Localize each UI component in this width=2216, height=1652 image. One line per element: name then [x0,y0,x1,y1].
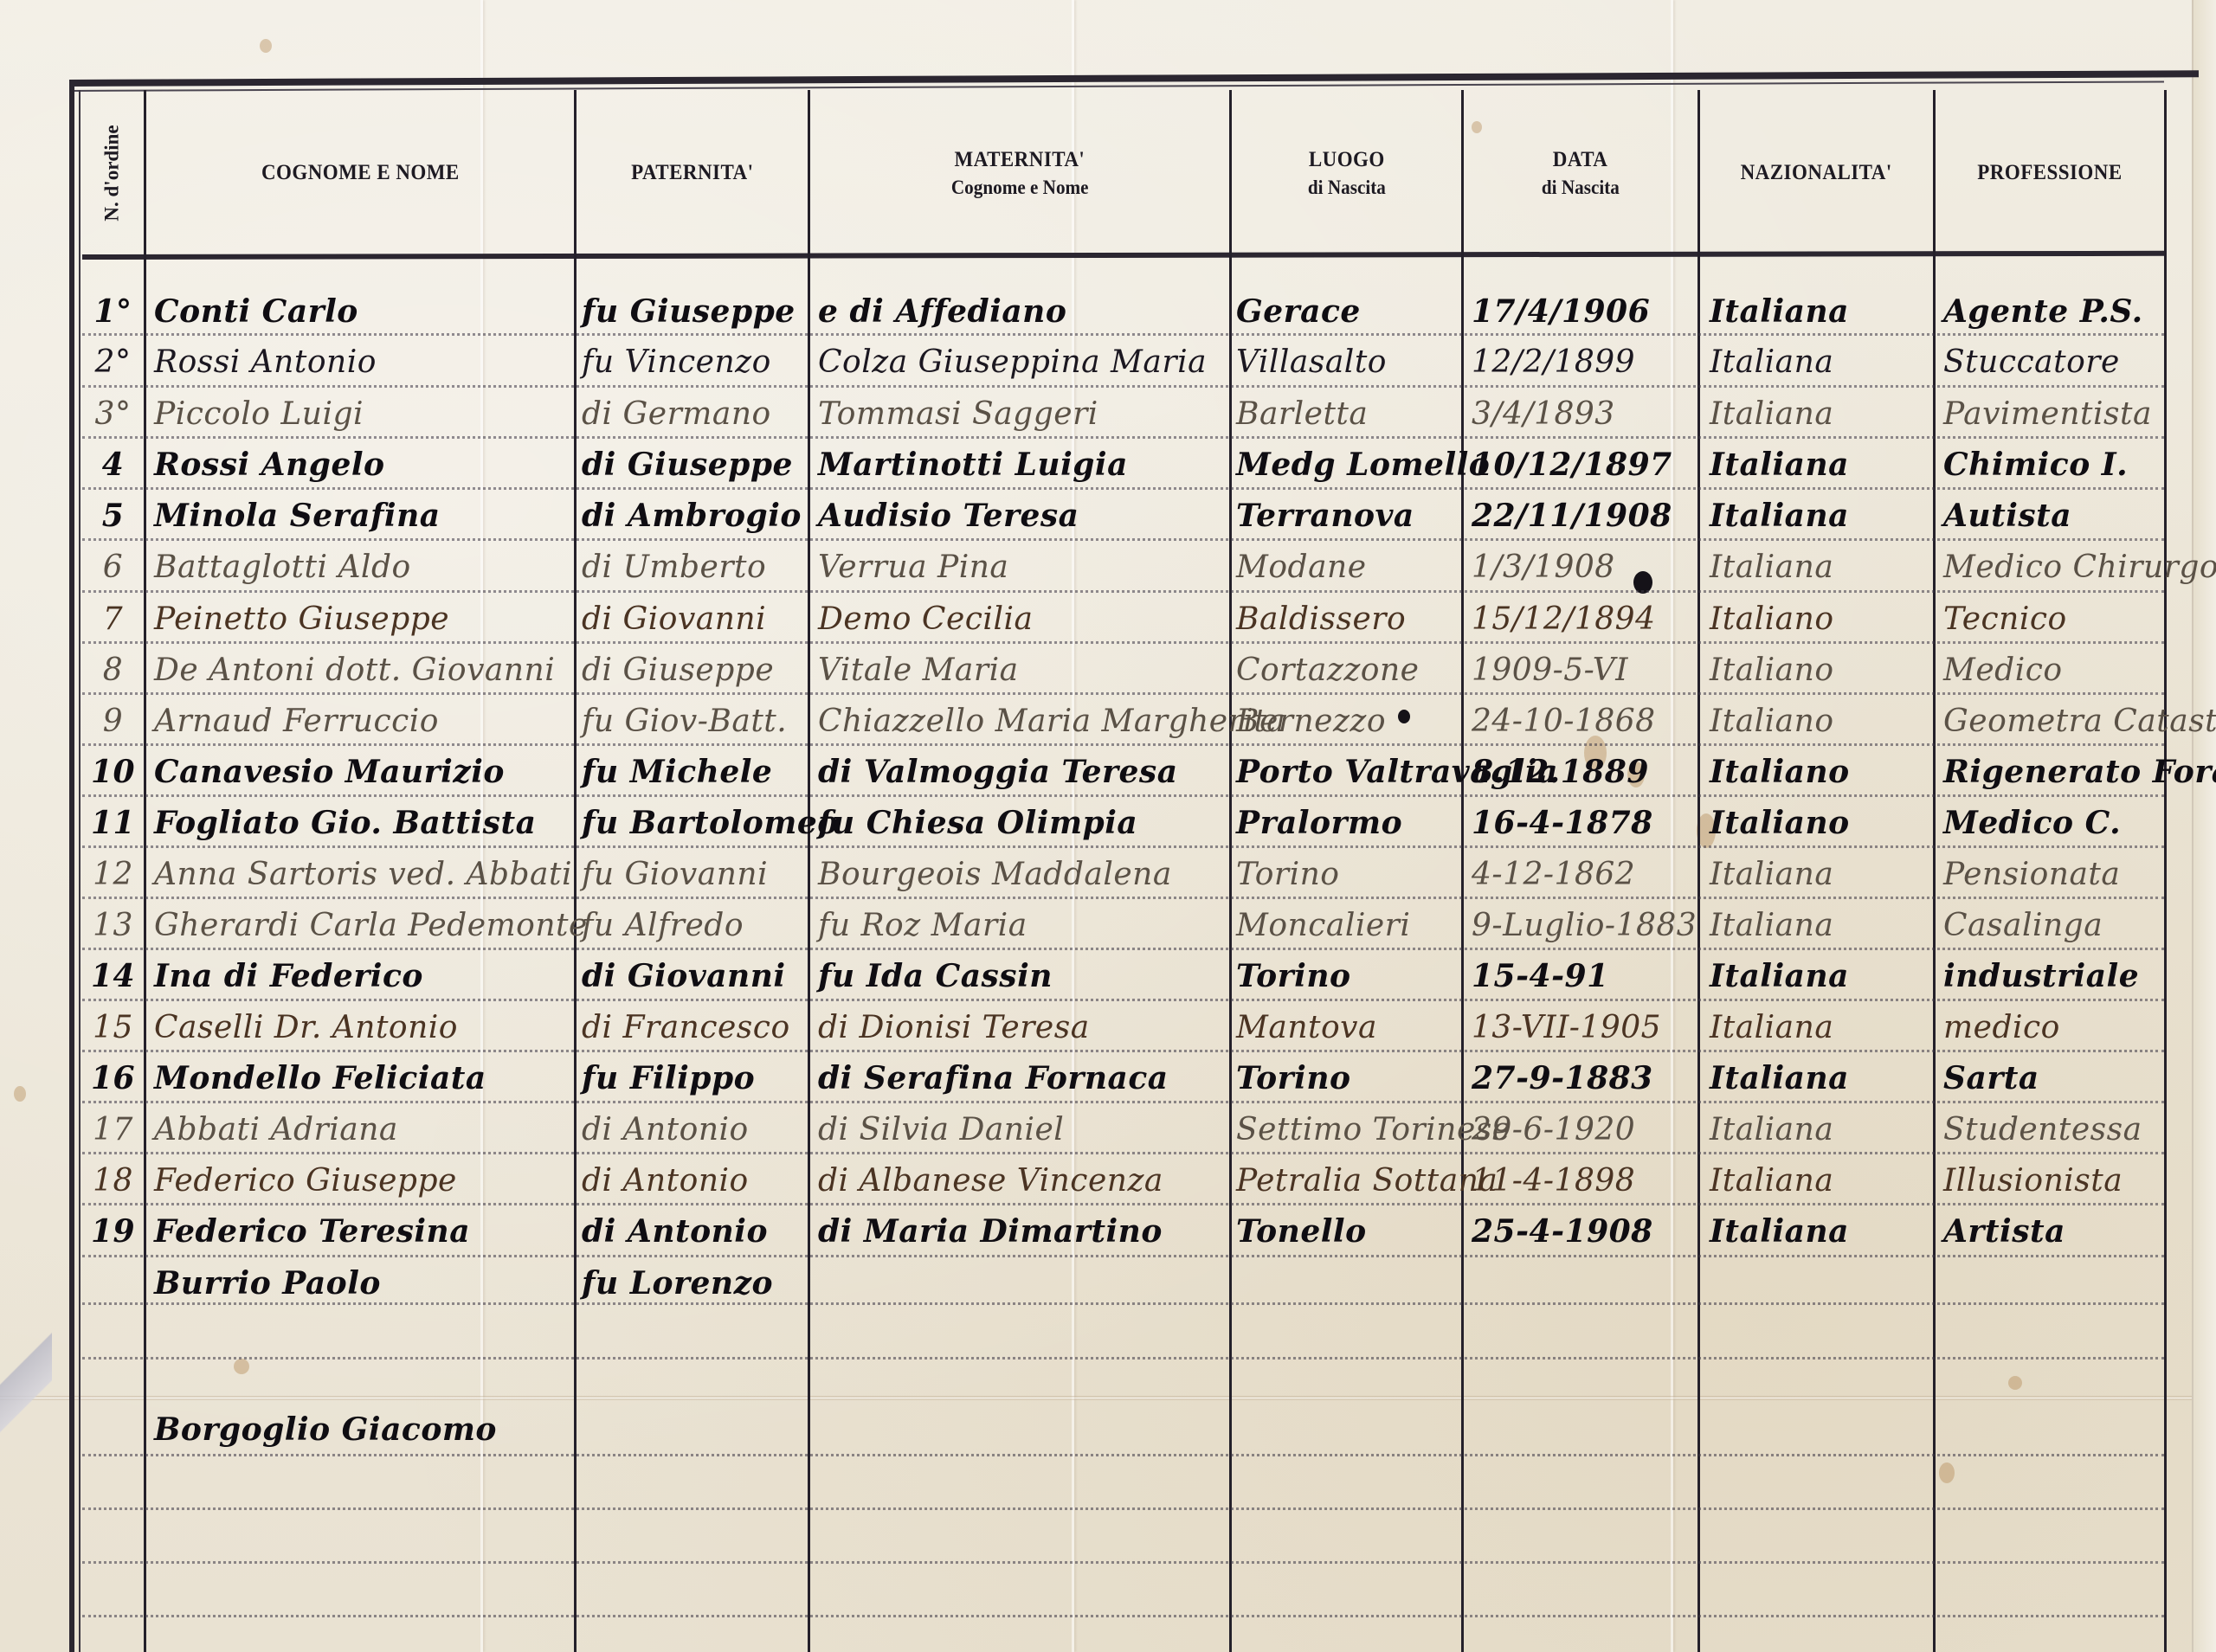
table-row: 9Arnaud Ferrucciofu Giov-Batt.Chiazzello… [0,693,2164,744]
cell-n: 2° [82,334,144,385]
cell-paternita: di Francesco [582,1000,808,1051]
cell-paternita: di Giovanni [582,948,808,1000]
cell-nazionalita: Italiana [1710,334,1933,385]
cell-professione: Geometra Catasto [1943,693,2164,744]
cell-n: 9 [82,693,144,744]
cell-paternita: di Germano [582,386,808,437]
cell-nazionalita: Italiana [1710,437,1933,488]
cell-nome: Federico Giuseppe [154,1153,574,1204]
cell-paternita: fu Michele [582,744,808,795]
cell-paternita: fu Bartolomeo [582,795,808,846]
header-data: DATA di Nascita [1464,92,1697,254]
cell-paternita: di Antonio [582,1204,808,1255]
cell-data: 22/11/1908 [1472,488,1697,539]
cell-n: 3° [82,386,144,437]
cell-n: 11 [82,795,144,846]
cell-data: 16-4-1878 [1472,795,1697,846]
cell-luogo: Medg Lomello [1236,437,1461,488]
header-cognome-nome: COGNOME E NOME [146,92,574,254]
cell-luogo: Barletta [1236,386,1461,437]
cell-nazionalita: Italiano [1710,642,1933,693]
cell-maternita: Vitale Maria [818,642,1229,693]
cell-nome: Battaglotti Aldo [154,539,574,590]
cell-nome: Arnaud Ferruccio [154,693,574,744]
cell-nazionalita: Italiana [1710,1102,1933,1153]
cell-paternita: fu Giov-Batt. [582,693,808,744]
cell-professione: Studentessa [1943,1102,2164,1153]
cell-professione: Artista [1943,1204,2164,1255]
stain [260,39,272,53]
cell-paternita: di Giovanni [582,591,808,642]
header-n-ordine: N. d'ordine [82,92,143,254]
cell-luogo: Petralia Sottana [1236,1153,1461,1204]
ruled-line [82,1615,2164,1617]
cell-nazionalita: Italiana [1710,488,1933,539]
cell-n [82,1256,144,1307]
cell-maternita: di Silvia Daniel [818,1102,1229,1153]
cell-maternita [818,1402,1229,1453]
cell-nome: Conti Carlo [154,284,574,335]
table-row: 4Rossi Angelodi GiuseppeMartinotti Luigi… [0,437,2164,488]
table-row: 10Canavesio Mauriziofu Micheledi Valmogg… [0,744,2164,795]
cell-n [82,1402,144,1453]
cell-nome: Ina di Federico [154,948,574,1000]
cell-nazionalita: Italiano [1710,693,1933,744]
cell-n: 14 [82,948,144,1000]
header-maternita: MATERNITA' Cognome e Nome [810,92,1229,254]
cell-nome: Burrio Paolo [154,1256,574,1307]
table-row: Borgoglio Giacomo [0,1402,2164,1453]
cell-luogo [1236,1256,1461,1307]
cell-maternita: di Maria Dimartino [818,1204,1229,1255]
cell-nazionalita [1710,1256,1933,1307]
header-label: LUOGO [1309,145,1385,175]
cell-maternita: di Valmoggia Teresa [818,744,1229,795]
table-row: 17Abbati Adrianadi Antoniodi Silvia Dani… [0,1102,2164,1153]
ruled-line [82,1454,2164,1456]
cell-nome: Canavesio Maurizio [154,744,574,795]
table-row: 13Gherardi Carla Pedemontefu Alfredofu R… [0,897,2164,948]
cell-data: 1/3/1908 [1472,539,1697,590]
cell-paternita: fu Giovanni [582,846,808,897]
cell-professione: Agente P.S. [1943,284,2164,335]
cell-data: 9-Luglio-1883 [1472,897,1697,948]
cell-nazionalita: Italiana [1710,1051,1933,1102]
cell-professione: Medico [1943,642,2164,693]
header-paternita: PATERNITA' [577,92,808,254]
cell-professione: Illusionista [1943,1153,2164,1204]
table-row: 6Battaglotti Aldodi UmbertoVerrua PinaMo… [0,539,2164,590]
table-row: 7Peinetto Giuseppedi GiovanniDemo Cecili… [0,591,2164,642]
cell-n: 12 [82,846,144,897]
cell-professione [1943,1256,2164,1307]
cell-paternita: fu Giuseppe [582,284,808,335]
cell-data: 10/12/1897 [1472,437,1697,488]
cell-nazionalita: Italiana [1710,948,1933,1000]
cell-maternita: e di Affediano [818,284,1229,335]
cell-luogo: Gerace [1236,284,1461,335]
cell-n: 10 [82,744,144,795]
table-row: 15Caselli Dr. Antoniodi Francescodi Dion… [0,1000,2164,1051]
table-row: 2°Rossi Antoniofu VincenzoColza Giuseppi… [0,334,2164,385]
cell-luogo: Cortazzone [1236,642,1461,693]
cell-nazionalita: Italiano [1710,744,1933,795]
cell-n: 15 [82,1000,144,1051]
cell-nome: Borgoglio Giacomo [154,1402,574,1453]
cell-paternita: di Umberto [582,539,808,590]
cell-professione: medico [1943,1000,2164,1051]
cell-nazionalita: Italiana [1710,1153,1933,1204]
table-row: 18Federico Giuseppedi Antoniodi Albanese… [0,1153,2164,1204]
header-label: MATERNITA' [955,145,1085,175]
cell-nome: Rossi Antonio [154,334,574,385]
cell-nazionalita: Italiana [1710,897,1933,948]
cell-luogo: Terranova [1236,488,1461,539]
cell-paternita: di Antonio [582,1153,808,1204]
cell-nazionalita: Italiana [1710,1000,1933,1051]
header-nazionalita: NAZIONALITA' [1700,92,1933,254]
header-label: COGNOME E NOME [261,158,460,188]
cell-nazionalita [1710,1402,1933,1453]
cell-nazionalita: Italiana [1710,1204,1933,1255]
header-label: PROFESSIONE [1977,158,2122,188]
cell-nome: De Antoni dott. Giovanni [154,642,574,693]
header-label: N. d'ordine [101,125,124,221]
cell-nazionalita: Italiano [1710,591,1933,642]
header-label: NAZIONALITA' [1741,158,1892,188]
cell-professione: Pensionata [1943,846,2164,897]
ruled-line [82,1561,2164,1564]
header-luogo: LUOGO di Nascita [1232,92,1461,254]
table-row: 3°Piccolo Luigidi GermanoTommasi Saggeri… [0,386,2164,437]
header-professione: PROFESSIONE [1936,92,2164,254]
cell-nazionalita: Italiana [1710,284,1933,335]
cell-n: 6 [82,539,144,590]
table-row: Burrio Paolofu Lorenzo [0,1256,2164,1307]
cell-luogo: Bernezzo [1236,693,1461,744]
cell-paternita: fu Filippo [582,1051,808,1102]
cell-data: 12/2/1899 [1472,334,1697,385]
cell-luogo: Mantova [1236,1000,1461,1051]
header-sublabel: Cognome e Nome [951,174,1089,201]
cell-paternita: di Ambrogio [582,488,808,539]
table-row: 14Ina di Federicodi Giovannifu Ida Cassi… [0,948,2164,1000]
stain [2008,1376,2022,1390]
table-row: 1°Conti Carlofu Giuseppee di AffedianoGe… [0,284,2164,335]
cell-professione: Autista [1943,488,2164,539]
cell-data: 8.12.1889 [1472,744,1697,795]
cell-professione: Rigenerato Fora [1943,744,2164,795]
cell-data: 27-9-1883 [1472,1051,1697,1102]
cell-data: 3/4/1893 [1472,386,1697,437]
table-row: 12Anna Sartoris ved. Abbatifu GiovanniBo… [0,846,2164,897]
cell-maternita: di Serafina Fornaca [818,1051,1229,1102]
table-row: 5Minola Serafinadi AmbrogioAudisio Teres… [0,488,2164,539]
cell-luogo: Tonello [1236,1204,1461,1255]
cell-nome: Fogliato Gio. Battista [154,795,574,846]
cell-nome: Abbati Adriana [154,1102,574,1153]
header-label: PATERNITA' [631,158,753,188]
cell-luogo: Baldissero [1236,591,1461,642]
cell-maternita [818,1256,1229,1307]
table-row: 19Federico Teresinadi Antoniodi Maria Di… [0,1204,2164,1255]
cell-maternita: Demo Cecilia [818,591,1229,642]
cell-n: 5 [82,488,144,539]
cell-nome: Rossi Angelo [154,437,574,488]
cell-n: 7 [82,591,144,642]
cell-data: 15/12/1894 [1472,591,1697,642]
cell-data: 13-VII-1905 [1472,1000,1697,1051]
cell-nome: Gherardi Carla Pedemonte [154,897,574,948]
horizontal-fold [0,1396,2216,1400]
stain [1939,1462,1955,1483]
cell-maternita: fu Ida Cassin [818,948,1229,1000]
cell-nome: Caselli Dr. Antonio [154,1000,574,1051]
cell-maternita: fu Roz Maria [818,897,1229,948]
cell-data: 1909-5-VI [1472,642,1697,693]
cell-professione [1943,1402,2164,1453]
cell-n: 8 [82,642,144,693]
column-divider [2164,90,2167,1652]
cell-nome: Piccolo Luigi [154,386,574,437]
cell-paternita: fu Alfredo [582,897,808,948]
cell-data: 4-12-1862 [1472,846,1697,897]
cell-n: 1° [82,284,144,335]
cell-professione: Medico C. [1943,795,2164,846]
cell-maternita: Bourgeois Maddalena [818,846,1229,897]
cell-paternita: fu Lorenzo [582,1256,808,1307]
cell-luogo: Torino [1236,948,1461,1000]
cell-data [1472,1256,1697,1307]
cell-paternita: fu Vincenzo [582,334,808,385]
cell-nazionalita: Italiana [1710,539,1933,590]
cell-nome: Anna Sartoris ved. Abbati [154,846,574,897]
cell-paternita: di Giuseppe [582,437,808,488]
cell-paternita [582,1402,808,1453]
cell-maternita: Tommasi Saggeri [818,386,1229,437]
cell-data: 29-6-1920 [1472,1102,1697,1153]
header-label: DATA [1553,145,1608,175]
cell-data [1472,1402,1697,1453]
cell-maternita: fu Chiesa Olimpia [818,795,1229,846]
cell-luogo: Settimo Torinese [1236,1102,1461,1153]
cell-professione: Stuccatore [1943,334,2164,385]
cell-nazionalita: Italiana [1710,386,1933,437]
cell-professione: Chimico I. [1943,437,2164,488]
cell-professione: Tecnico [1943,591,2164,642]
table-row: 11Fogliato Gio. Battistafu Bartolomeofu … [0,795,2164,846]
page-edge [2192,0,2216,1652]
cell-maternita: Verrua Pina [818,539,1229,590]
cell-luogo: Modane [1236,539,1461,590]
cell-maternita: Colza Giuseppina Maria [818,334,1229,385]
cell-paternita: di Antonio [582,1102,808,1153]
header-sublabel: di Nascita [1308,174,1386,201]
cell-nazionalita: Italiano [1710,795,1933,846]
cell-professione: industriale [1943,948,2164,1000]
cell-maternita: Audisio Teresa [818,488,1229,539]
cell-nome: Minola Serafina [154,488,574,539]
cell-luogo: Porto Valtravaglia [1236,744,1461,795]
cell-n: 19 [82,1204,144,1255]
stain [234,1359,249,1374]
cell-n: 17 [82,1102,144,1153]
cell-data: 15-4-91 [1472,948,1697,1000]
cell-luogo [1236,1402,1461,1453]
table-row: 8De Antoni dott. Giovannidi GiuseppeVita… [0,642,2164,693]
cell-nome: Peinetto Giuseppe [154,591,574,642]
cell-maternita: Chiazzello Maria Margherita [818,693,1229,744]
cell-data: 11-4-1898 [1472,1153,1697,1204]
table-row: 16Mondello Feliciatafu Filippodi Serafin… [0,1051,2164,1102]
cell-professione: Casalinga [1943,897,2164,948]
cell-nome: Federico Teresina [154,1204,574,1255]
cell-professione: Pavimentista [1943,386,2164,437]
cell-n: 13 [82,897,144,948]
header-sublabel: di Nascita [1542,174,1620,201]
cell-data: 25-4-1908 [1472,1204,1697,1255]
cell-maternita: di Dionisi Teresa [818,1000,1229,1051]
cell-n: 16 [82,1051,144,1102]
cell-luogo: Torino [1236,1051,1461,1102]
cell-professione: Medico Chirurgo [1943,539,2164,590]
cell-luogo: Torino [1236,846,1461,897]
cell-luogo: Pralormo [1236,795,1461,846]
cell-n: 4 [82,437,144,488]
cell-luogo: Moncalieri [1236,897,1461,948]
ruled-line [82,1357,2164,1360]
cell-professione: Sarta [1943,1051,2164,1102]
cell-nazionalita: Italiana [1710,846,1933,897]
cell-data: 24-10-1868 [1472,693,1697,744]
cell-paternita: di Giuseppe [582,642,808,693]
cell-n: 18 [82,1153,144,1204]
ruled-line [82,1507,2164,1510]
cell-maternita: Martinotti Luigia [818,437,1229,488]
cell-data: 17/4/1906 [1472,284,1697,335]
cell-luogo: Villasalto [1236,334,1461,385]
cell-maternita: di Albanese Vincenza [818,1153,1229,1204]
cell-nome: Mondello Feliciata [154,1051,574,1102]
